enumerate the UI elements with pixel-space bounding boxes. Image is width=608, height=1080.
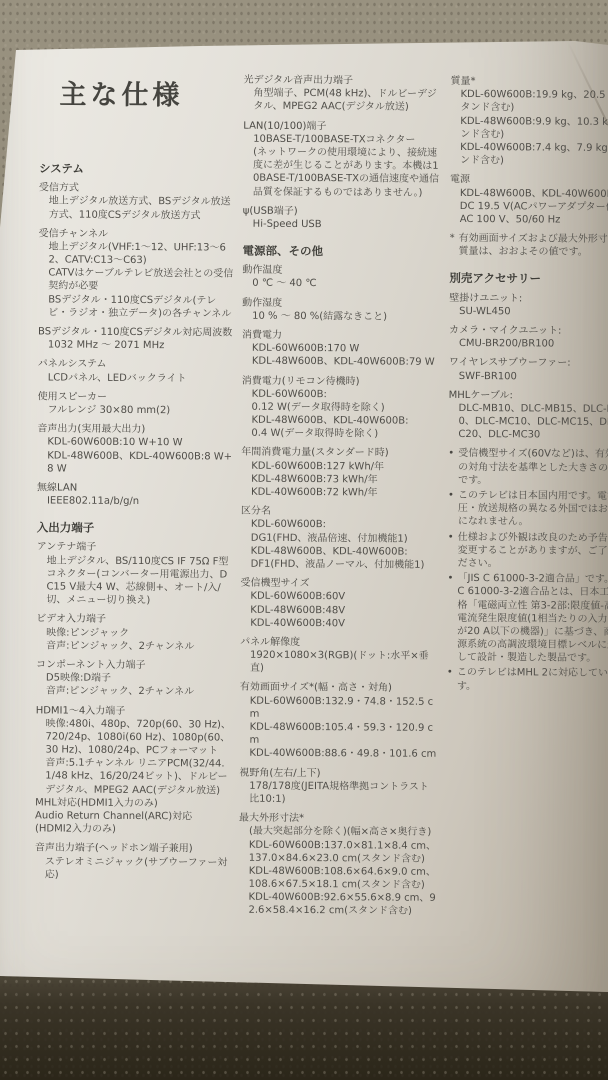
spec-value-line: 角型端子、PCM(48 kHz)、ドルビーデジタル、MPEG2 AAC(デジタル… bbox=[253, 87, 441, 115]
spec-term: 音声出力端子(ヘッドホン端子兼用) bbox=[35, 842, 232, 856]
spec-value-line: KDL-40W600B:88.6・49.8・101.6 cm bbox=[249, 747, 437, 761]
spec-item: HDMI1～4入力端子映像:480i、480p、720p(60、30 Hz)、7… bbox=[35, 704, 233, 837]
spec-value: フルレンジ 30×80 mm(2) bbox=[38, 403, 235, 417]
spec-item: 音声出力端子(ヘッドホン端子兼用)ステレオミニジャック(サブウーファー対応) bbox=[35, 842, 232, 883]
spec-item: BSデジタル・110度CSデジタル対応周波数1032 MHz ～ 2071 MH… bbox=[38, 325, 235, 353]
spec-term: 壁掛けユニット: bbox=[449, 292, 608, 306]
spec-value-line: KDL-40W600B:7.4 kg、7.9 kg(スタンド含む) bbox=[460, 141, 608, 168]
spec-term: 受信機型サイズ bbox=[240, 577, 438, 591]
spec-value-line: 10 % ～ 80 %(結露なきこと) bbox=[252, 310, 440, 324]
spec-value-line: KDL-60W600B:127 kWh/年 bbox=[251, 459, 439, 473]
spec-value: KDL-60W600B:10 W+10 WKDL-48W600B、KDL-40W… bbox=[37, 436, 234, 477]
spec-term: 動作温度 bbox=[242, 264, 440, 278]
spec-value: 角型端子、PCM(48 kHz)、ドルビーデジタル、MPEG2 AAC(デジタル… bbox=[243, 87, 441, 115]
bullet-item: •仕様および外観は改良のため予告なく変更することがありますが、ご了承ください。 bbox=[448, 531, 608, 572]
spec-term: HDMI1～4入力端子 bbox=[36, 704, 233, 718]
bullet-text: 受信機型サイズ(60Vなど)は、有効画面の対角寸法を基準とした大きさの目安です。 bbox=[458, 447, 608, 488]
spec-item: 視野角(左右/上下)178/178度(JEITA規格準拠コントラスト比10:1) bbox=[239, 766, 437, 807]
spec-value: KDL-60W600B:132.9・74.8・152.5 cmKDL-48W60… bbox=[239, 694, 437, 761]
spec-extra-line: (HDMI2入力のみ) bbox=[35, 823, 232, 837]
spec-value-line: KDL-48W600B:9.9 kg、10.3 kg(スタンド含む) bbox=[460, 115, 608, 142]
spec-item: パネル解像度1920×1080×3(RGB)(ドット:水平×垂直) bbox=[240, 636, 438, 677]
spec-value: 映像:480i、480p、720p(60、30 Hz)、720/24p、1080… bbox=[35, 717, 232, 797]
bullet-item: •受信機型サイズ(60Vなど)は、有効画面の対角寸法を基準とした大きさの目安です… bbox=[448, 447, 608, 488]
manual-page: 主な仕様 システム受信方式地上デジタル放送方式、BSデジタル放送方式、110度C… bbox=[0, 0, 608, 1080]
spec-term: 消費電力 bbox=[242, 329, 440, 343]
spec-value: Hi-Speed USB bbox=[243, 218, 441, 232]
spec-value-line: 地上デジタル、BS/110度CS IF 75Ω F型コネクター(コンバーター用電… bbox=[46, 554, 233, 608]
spec-term: MHLケーブル: bbox=[449, 389, 608, 403]
spec-value-line: LCDパネル、LEDバックライト bbox=[48, 371, 235, 385]
spec-value: KDL-60W600B:170 WKDL-48W600B、KDL-40W600B… bbox=[242, 342, 440, 370]
spec-value-line: (ネットワークの使用環境により、接続速度に差が生じることがあります。本機は10B… bbox=[253, 146, 441, 200]
spec-value-line: 音声:ピンジャック、2チャンネル bbox=[46, 685, 233, 699]
spec-term: ワイヤレスサブウーファー: bbox=[449, 356, 608, 370]
spec-value-line: KDL-48W600B、KDL-40W600B:79 W bbox=[252, 355, 440, 369]
spec-value-line: DLC-MB10、DLC-MB15、DLC-MB20、DLC-MC10、DLC-… bbox=[458, 402, 608, 443]
spec-value-line: 0 ℃ ～ 40 ℃ bbox=[252, 277, 440, 291]
spec-item: 年間消費電力量(スタンダード時)KDL-60W600B:127 kWh/年KDL… bbox=[241, 446, 439, 500]
spec-item: 使用スピーカーフルレンジ 30×80 mm(2) bbox=[38, 390, 235, 418]
bullet-text: このテレビは日本国内用です。電源電圧・放送規格の異なる外国ではお使いになれません… bbox=[458, 489, 608, 530]
spec-value-line: KDL-60W600B:137.0×81.1×8.4 cm、137.0×84.6… bbox=[249, 838, 437, 866]
spec-value-line: CMU-BR200/BR100 bbox=[459, 337, 608, 351]
spec-item: 音声出力(実用最大出力)KDL-60W600B:10 W+10 WKDL-48W… bbox=[37, 423, 234, 477]
spec-term: BSデジタル・110度CSデジタル対応周波数 bbox=[38, 325, 235, 339]
spec-item: 区分名KDL-60W600B:DG1(FHD、液晶倍速、付加機能1)KDL-48… bbox=[241, 505, 439, 572]
spec-value: 地上デジタル(VHF:1～12、UHF:13～62、CATV:C13～C63)C… bbox=[38, 240, 235, 320]
spec-value-line: フルレンジ 30×80 mm(2) bbox=[48, 403, 235, 417]
spec-value: KDL-60W600B:60VKDL-48W600B:48VKDL-40W600… bbox=[240, 590, 438, 631]
spec-value: SU-WL450 bbox=[449, 305, 608, 319]
spec-item: 消費電力(リモコン待機時)KDL-60W600B:0.12 W(データ取得時を除… bbox=[241, 374, 439, 441]
bullet-marker: • bbox=[447, 572, 458, 664]
spec-value: D5映像:D端子音声:ピンジャック、2チャンネル bbox=[36, 672, 233, 700]
page-title: 主な仕様 bbox=[59, 73, 183, 113]
spec-term: アンテナ端子 bbox=[37, 541, 234, 555]
spec-value: 地上デジタル、BS/110度CS IF 75Ω F型コネクター(コンバーター用電… bbox=[36, 554, 233, 608]
spec-value-line: IEEE802.11a/b/g/n bbox=[47, 495, 234, 509]
spec-extra-line: MHL対応(HDMI1入力のみ) bbox=[35, 796, 232, 810]
spec-value-line: 音声:5.1チャンネル リニアPCM(32/44.1/48 kHz、16/20/… bbox=[45, 757, 232, 798]
spec-value-line: 音声:ピンジャック、2チャンネル bbox=[46, 639, 233, 653]
spec-item: 光デジタル音声出力端子角型端子、PCM(48 kHz)、ドルビーデジタル、MPE… bbox=[243, 74, 441, 115]
spec-value: 10BASE-T/100BASE-TXコネクター(ネットワークの使用環境により、… bbox=[243, 132, 441, 199]
spec-column-left: システム受信方式地上デジタル放送方式、BSデジタル放送方式、110度CSデジタル… bbox=[35, 161, 236, 888]
bullet-item: •このテレビはMHL 2に対応しています。 bbox=[447, 666, 608, 694]
footnote: *有効画面サイズおよび最大外形寸法と質量は、おおよその値です。 bbox=[449, 232, 608, 260]
spec-column-right: 質量*KDL-60W600B:19.9 kg、20.5 kg(スタンド含む)KD… bbox=[447, 75, 608, 696]
spec-term: ψ(USB端子) bbox=[243, 204, 441, 218]
spec-value-line: AC 100 V、50/60 Hz bbox=[460, 213, 608, 227]
spec-item: 質量*KDL-60W600B:19.9 kg、20.5 kg(スタンド含む)KD… bbox=[450, 75, 608, 168]
spec-item: ワイヤレスサブウーファー:SWF-BR100 bbox=[449, 356, 608, 384]
spec-item: 受信方式地上デジタル放送方式、BSデジタル放送方式、110度CSデジタル放送方式 bbox=[39, 182, 236, 223]
spec-value-line: KDL-48W600B、KDL-40W600B: bbox=[460, 186, 608, 200]
spec-item: 有効画面サイズ*(幅・高さ・対角)KDL-60W600B:132.9・74.8・… bbox=[239, 681, 437, 761]
spec-item: アンテナ端子地上デジタル、BS/110度CS IF 75Ω F型コネクター(コン… bbox=[36, 541, 233, 608]
spec-value-line: D5映像:D端子 bbox=[46, 672, 233, 686]
spec-value-line: 10BASE-T/100BASE-TXコネクター bbox=[253, 132, 441, 146]
spec-value-line: KDL-60W600B: bbox=[252, 387, 440, 401]
spec-value-line: 178/178度(JEITA規格準拠コントラスト比10:1) bbox=[249, 779, 437, 807]
spec-value-line: KDL-48W600B、KDL-40W600B: bbox=[251, 414, 439, 428]
spec-term: パネルシステム bbox=[38, 358, 235, 372]
spec-term: 質量* bbox=[451, 75, 608, 89]
spec-value-line: KDL-60W600B:19.9 kg、20.5 kg(スタンド含む) bbox=[460, 88, 608, 115]
spec-value: 178/178度(JEITA規格準拠コントラスト比10:1) bbox=[239, 779, 437, 807]
spec-term: 無線LAN bbox=[37, 481, 234, 495]
spec-item: ψ(USB端子)Hi-Speed USB bbox=[243, 204, 441, 232]
spec-term: 有効画面サイズ*(幅・高さ・対角) bbox=[240, 681, 438, 695]
spec-item: 受信チャンネル地上デジタル(VHF:1～12、UHF:13～62、CATV:C1… bbox=[38, 227, 236, 321]
spec-value-line: 映像:ピンジャック bbox=[46, 626, 233, 640]
spec-term: 区分名 bbox=[241, 505, 439, 519]
spec-value: 10 % ～ 80 %(結露なきこと) bbox=[242, 309, 440, 323]
spec-value: KDL-48W600B、KDL-40W600B:DC 19.5 V(ACパワーア… bbox=[450, 186, 608, 227]
spec-term: 音声出力(実用最大出力) bbox=[37, 423, 234, 437]
spec-term: 視野角(左右/上下) bbox=[239, 766, 437, 780]
section-heading: 電源部、その他 bbox=[242, 244, 440, 260]
spec-value: ステレオミニジャック(サブウーファー対応) bbox=[35, 855, 232, 883]
spec-value-line: KDL-40W600B:92.6×55.6×8.9 cm、92.6×58.4×1… bbox=[248, 891, 436, 919]
spec-term: 使用スピーカー bbox=[38, 390, 235, 404]
spec-value-line: DC 19.5 V(ACパワーアダプター使用) bbox=[460, 200, 608, 214]
spec-value-line: KDL-48W600B:73 kWh/年 bbox=[251, 473, 439, 487]
spec-value-line: 0.12 W(データ取得時を除く) bbox=[252, 401, 440, 415]
spec-value: KDL-60W600B:0.12 W(データ取得時を除く)KDL-48W600B… bbox=[241, 387, 439, 441]
spec-item: 壁掛けユニット:SU-WL450 bbox=[449, 292, 608, 320]
page-content: 主な仕様 システム受信方式地上デジタル放送方式、BSデジタル放送方式、110度C… bbox=[0, 0, 608, 1080]
spec-value: CMU-BR200/BR100 bbox=[449, 337, 608, 351]
spec-item: LAN(10/100)端子10BASE-T/100BASE-TXコネクター(ネッ… bbox=[243, 119, 441, 199]
asterisk-marker: * bbox=[449, 232, 458, 258]
spec-value-line: CATVはケーブルテレビ放送会社との受信契約が必要 bbox=[48, 267, 235, 295]
spec-item: コンポーネント入力端子D5映像:D端子音声:ピンジャック、2チャンネル bbox=[36, 658, 233, 699]
spec-term: 動作湿度 bbox=[242, 296, 440, 310]
spec-value-line: BSデジタル・110度CSデジタル(テレビ・ラジオ・独立データ)の各チャンネル bbox=[48, 293, 235, 321]
spec-extra: MHL対応(HDMI1入力のみ)Audio Return Channel(ARC… bbox=[35, 796, 232, 837]
spec-value: DLC-MB10、DLC-MB15、DLC-MB20、DLC-MC10、DLC-… bbox=[448, 402, 608, 443]
spec-term: 光デジタル音声出力端子 bbox=[244, 74, 442, 88]
spec-value-line: 地上デジタル(VHF:1～12、UHF:13～62、CATV:C13～C63) bbox=[48, 240, 235, 268]
spec-item: 消費電力KDL-60W600B:170 WKDL-48W600B、KDL-40W… bbox=[242, 329, 440, 370]
bullet-text: このテレビはMHL 2に対応しています。 bbox=[457, 666, 608, 693]
spec-value-line: 1920×1080×3(RGB)(ドット:水平×垂直) bbox=[250, 649, 438, 677]
spec-term: 年間消費電力量(スタンダード時) bbox=[241, 446, 439, 460]
spec-term: ビデオ入力端子 bbox=[36, 613, 233, 627]
spec-term: 電源 bbox=[450, 173, 608, 187]
section-heading: 別売アクセサリー bbox=[449, 271, 608, 287]
spec-value: 1920×1080×3(RGB)(ドット:水平×垂直) bbox=[240, 649, 438, 677]
spec-value: SWF-BR100 bbox=[449, 369, 608, 383]
spec-value-line: SWF-BR100 bbox=[459, 370, 608, 384]
footnote-text: 有効画面サイズおよび最大外形寸法と質量は、おおよその値です。 bbox=[458, 232, 608, 259]
spec-term: カメラ・マイクユニット: bbox=[449, 324, 608, 338]
spec-value: 0 ℃ ～ 40 ℃ bbox=[242, 277, 440, 291]
spec-value: IEEE802.11a/b/g/n bbox=[37, 495, 234, 509]
spec-value-line: (最大突起部分を除く)(幅×高さ×奥行き) bbox=[249, 825, 437, 839]
bullet-item: •このテレビは日本国内用です。電源電圧・放送規格の異なる外国ではお使いになれませ… bbox=[448, 489, 608, 530]
bullet-marker: • bbox=[448, 447, 458, 487]
spec-value: 1032 MHz ～ 2071 MHz bbox=[38, 339, 235, 353]
spec-value: (最大突起部分を除く)(幅×高さ×奥行き)KDL-60W600B:137.0×8… bbox=[238, 825, 437, 919]
spec-value-line: KDL-60W600B:132.9・74.8・152.5 cm bbox=[250, 694, 438, 722]
spec-item: 動作温度0 ℃ ～ 40 ℃ bbox=[242, 264, 440, 292]
spec-value-line: KDL-48W600B:108.6×64.6×9.0 cm、108.6×67.5… bbox=[249, 865, 437, 893]
spec-value-line: 0.4 W(データ取得時を除く) bbox=[251, 427, 439, 441]
spec-item: 最大外形寸法*(最大突起部分を除く)(幅×高さ×奥行き)KDL-60W600B:… bbox=[238, 812, 437, 919]
bullet-marker: • bbox=[447, 666, 457, 692]
spec-term: 受信方式 bbox=[39, 182, 236, 196]
spec-value-line: KDL-48W600B:105.4・59.3・120.9 cm bbox=[249, 721, 437, 749]
spec-value-line: KDL-60W600B:10 W+10 W bbox=[47, 436, 234, 450]
spec-value-line: SU-WL450 bbox=[459, 305, 608, 319]
spec-value-line: KDL-60W600B:170 W bbox=[252, 342, 440, 356]
spec-value: LCDパネル、LEDバックライト bbox=[38, 371, 235, 385]
spec-value-line: KDL-60W600B:60V bbox=[250, 590, 438, 604]
spec-value: KDL-60W600B:19.9 kg、20.5 kg(スタンド含む)KDL-4… bbox=[450, 88, 608, 168]
spec-item: 動作湿度10 % ～ 80 %(結露なきこと) bbox=[242, 296, 440, 324]
spec-value-line: DG1(FHD、液晶倍速、付加機能1) bbox=[251, 531, 439, 545]
section-heading: システム bbox=[39, 161, 236, 177]
spec-value-line: KDL-60W600B: bbox=[251, 518, 439, 532]
spec-item: 電源KDL-48W600B、KDL-40W600B:DC 19.5 V(ACパワ… bbox=[450, 173, 608, 227]
spec-value-line: KDL-40W600B:40V bbox=[250, 616, 438, 630]
spec-item: MHLケーブル:DLC-MB10、DLC-MB15、DLC-MB20、DLC-M… bbox=[448, 389, 608, 443]
spec-value: KDL-60W600B:DG1(FHD、液晶倍速、付加機能1)KDL-48W60… bbox=[241, 518, 439, 572]
spec-value-line: KDL-48W600B、KDL-40W600B: bbox=[251, 544, 439, 558]
spec-column-middle: 光デジタル音声出力端子角型端子、PCM(48 kHz)、ドルビーデジタル、MPE… bbox=[238, 74, 441, 925]
spec-value-line: 1032 MHz ～ 2071 MHz bbox=[48, 339, 235, 353]
spec-extra-line: Audio Return Channel(ARC)対応 bbox=[35, 809, 232, 823]
spec-item: パネルシステムLCDパネル、LEDバックライト bbox=[38, 358, 235, 386]
spec-value: 映像:ピンジャック音声:ピンジャック、2チャンネル bbox=[36, 626, 233, 654]
spec-term: 消費電力(リモコン待機時) bbox=[242, 374, 440, 388]
spec-term: 最大外形寸法* bbox=[239, 812, 437, 826]
spec-value: 地上デジタル放送方式、BSデジタル放送方式、110度CSデジタル放送方式 bbox=[39, 195, 236, 223]
spec-item: 無線LANIEEE802.11a/b/g/n bbox=[37, 481, 234, 509]
spec-value-line: 映像:480i、480p、720p(60、30 Hz)、720/24p、1080… bbox=[45, 717, 232, 758]
spec-value-line: KDL-40W600B:72 kWh/年 bbox=[251, 486, 439, 500]
spec-term: コンポーネント入力端子 bbox=[36, 658, 233, 672]
spec-value-line: KDL-48W600B、KDL-40W600B:8 W+8 W bbox=[47, 449, 234, 477]
section-heading: 入出力端子 bbox=[37, 521, 234, 537]
bullet-marker: • bbox=[448, 489, 458, 529]
spec-term: 受信チャンネル bbox=[39, 227, 236, 241]
spec-value: KDL-60W600B:127 kWh/年KDL-48W600B:73 kWh/… bbox=[241, 459, 439, 500]
bullet-marker: • bbox=[448, 531, 458, 571]
spec-term: LAN(10/100)端子 bbox=[243, 119, 441, 133]
spec-value-line: Hi-Speed USB bbox=[253, 218, 441, 232]
spec-value-line: KDL-48W600B:48V bbox=[250, 603, 438, 617]
spec-item: カメラ・マイクユニット:CMU-BR200/BR100 bbox=[449, 324, 608, 352]
spec-value-line: 地上デジタル放送方式、BSデジタル放送方式、110度CSデジタル放送方式 bbox=[49, 195, 236, 223]
spec-value-line: ステレオミニジャック(サブウーファー対応) bbox=[45, 855, 232, 883]
spec-value-line: DF1(FHD、液晶ノーマル、付加機能1) bbox=[251, 558, 439, 572]
bullet-item: •「JIS C 61000-3-2適合品」です。JIS C 61000-3-2適… bbox=[447, 572, 608, 665]
spec-item: 受信機型サイズKDL-60W600B:60VKDL-48W600B:48VKDL… bbox=[240, 577, 438, 631]
spec-item: ビデオ入力端子映像:ピンジャック音声:ピンジャック、2チャンネル bbox=[36, 613, 233, 654]
spec-term: パネル解像度 bbox=[240, 636, 438, 650]
bullet-text: 「JIS C 61000-3-2適合品」です。JIS C 61000-3-2適合… bbox=[457, 572, 608, 665]
bullet-text: 仕様および外観は改良のため予告なく変更することがありますが、ご了承ください。 bbox=[458, 531, 608, 572]
